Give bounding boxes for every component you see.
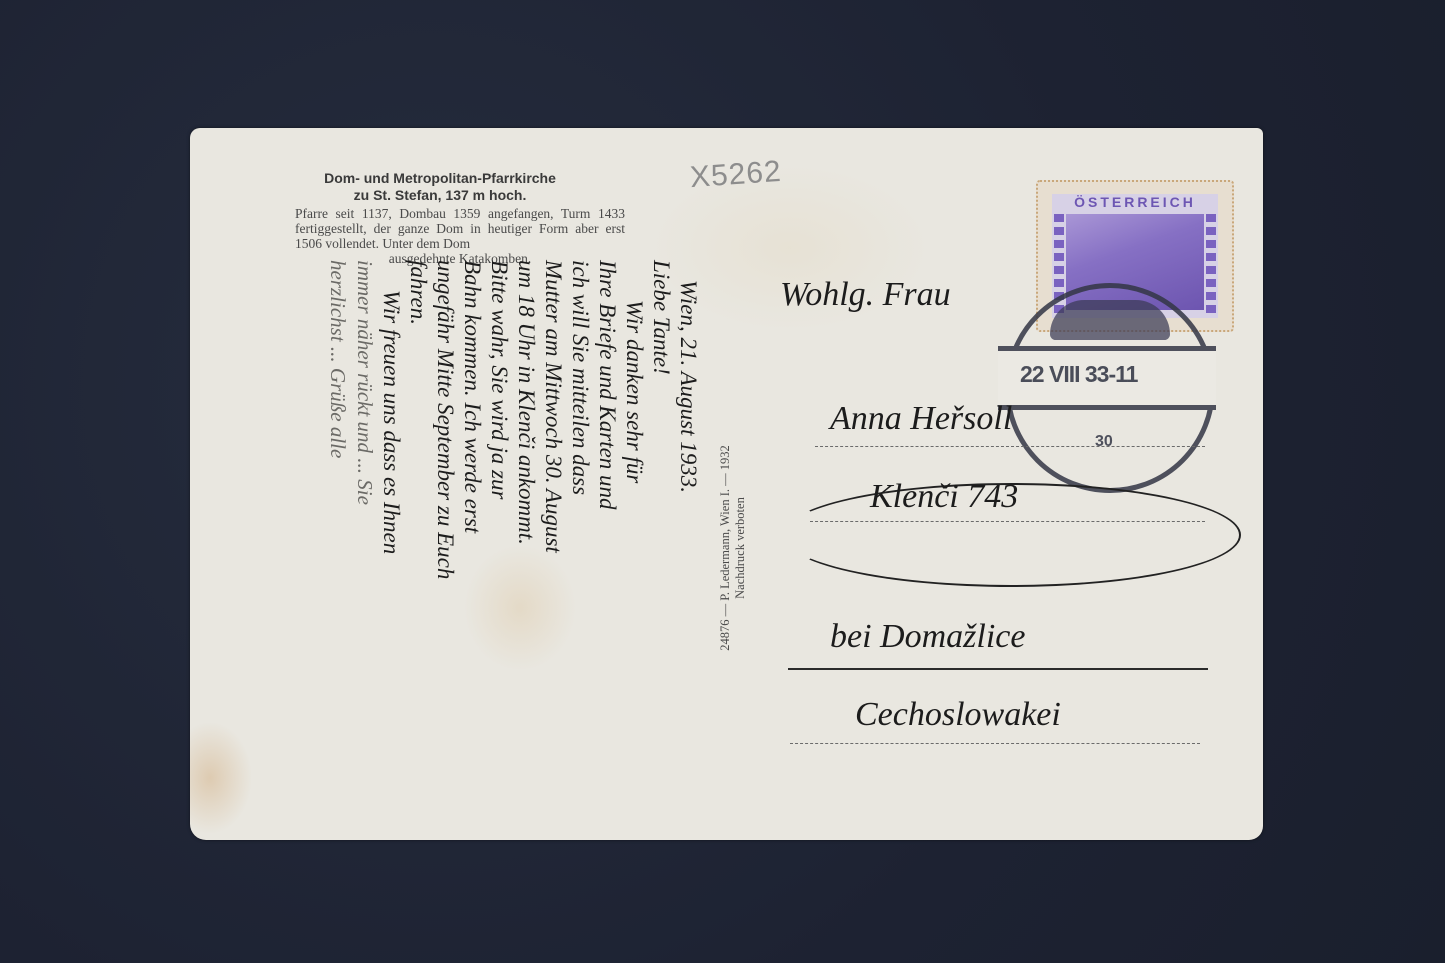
postmark-cancellation: 22 VIII 33-11 30 [1005, 283, 1215, 493]
stamp-border-right [1206, 214, 1216, 314]
address-name: Anna Heřsoll [830, 400, 1012, 438]
address-line-2 [810, 521, 1205, 522]
reference-mark: X5262 [689, 155, 783, 195]
message-greeting: Liebe Tante! [648, 260, 675, 820]
publisher-line-1: 24876 — P. Ledermann, Wien I. — 1932 [718, 288, 733, 808]
message-line: Bitte wahr, Sie wird ja zur [486, 260, 513, 820]
handwritten-message: Wien, 21. August 1933. Liebe Tante! Wir … [197, 260, 702, 820]
postmark-date-band: 22 VIII 33-11 [998, 346, 1216, 410]
address-country: Cechoslowakei [855, 696, 1061, 734]
message-line: Bahn kommen. Ich werde erst [459, 260, 486, 820]
message-line: Mutter am Mittwoch 30. August [540, 260, 567, 820]
stamp-country: ÖSTERREICH [1052, 194, 1218, 210]
message-faint-line: immer näher rückt und ... Sie [351, 260, 378, 820]
message-line: ich will Sie mitteilen dass [567, 260, 594, 820]
message-line: Wir freuen uns dass es Ihnen [378, 260, 405, 820]
address-underline [788, 668, 1208, 670]
postcard-description: Pfarre seit 1137, Dombau 1359 angefangen… [295, 206, 625, 266]
address-line-1 [815, 446, 1205, 447]
heading-line-1: Dom- und Metropolitan-Pfarrkirche [265, 170, 615, 187]
heading-line-2: zu St. Stefan, 137 m hoch. [265, 187, 615, 204]
publisher-line-2: Nachdruck verboten [733, 288, 748, 808]
message-area: Wien, 21. August 1933. Liebe Tante! Wir … [200, 268, 705, 833]
message-line: um 18 Uhr in Klenči ankommt. [513, 260, 540, 820]
description-text: Pfarre seit 1137, Dombau 1359 angefangen… [295, 206, 625, 251]
address-street: Klenči 743 [870, 478, 1018, 516]
address-city: bei Domažlice [830, 618, 1025, 656]
message-date: Wien, 21. August 1933. [675, 260, 702, 820]
postmark-date: 22 VIII 33-11 [1020, 361, 1137, 388]
message-line: fahren. [405, 260, 432, 820]
message-faint-line: herzlichst ... Grüße alle [324, 260, 351, 820]
address-salutation: Wohlg. Frau [780, 276, 951, 314]
message-line: ungefähr Mitte September zu Euch [432, 260, 459, 820]
publisher-imprint: 24876 — P. Ledermann, Wien I. — 1932 Nac… [723, 278, 743, 808]
address-line-3 [790, 743, 1200, 744]
postmark-town-smudge [1050, 300, 1170, 340]
postcard: Dom- und Metropolitan-Pfarrkirche zu St.… [190, 128, 1263, 840]
message-line: Ihre Briefe und Karten und [594, 260, 621, 820]
postmark-code: 30 [1095, 433, 1113, 451]
postcard-heading: Dom- und Metropolitan-Pfarrkirche zu St.… [265, 170, 615, 204]
message-line: Wir danken sehr für [621, 260, 648, 820]
